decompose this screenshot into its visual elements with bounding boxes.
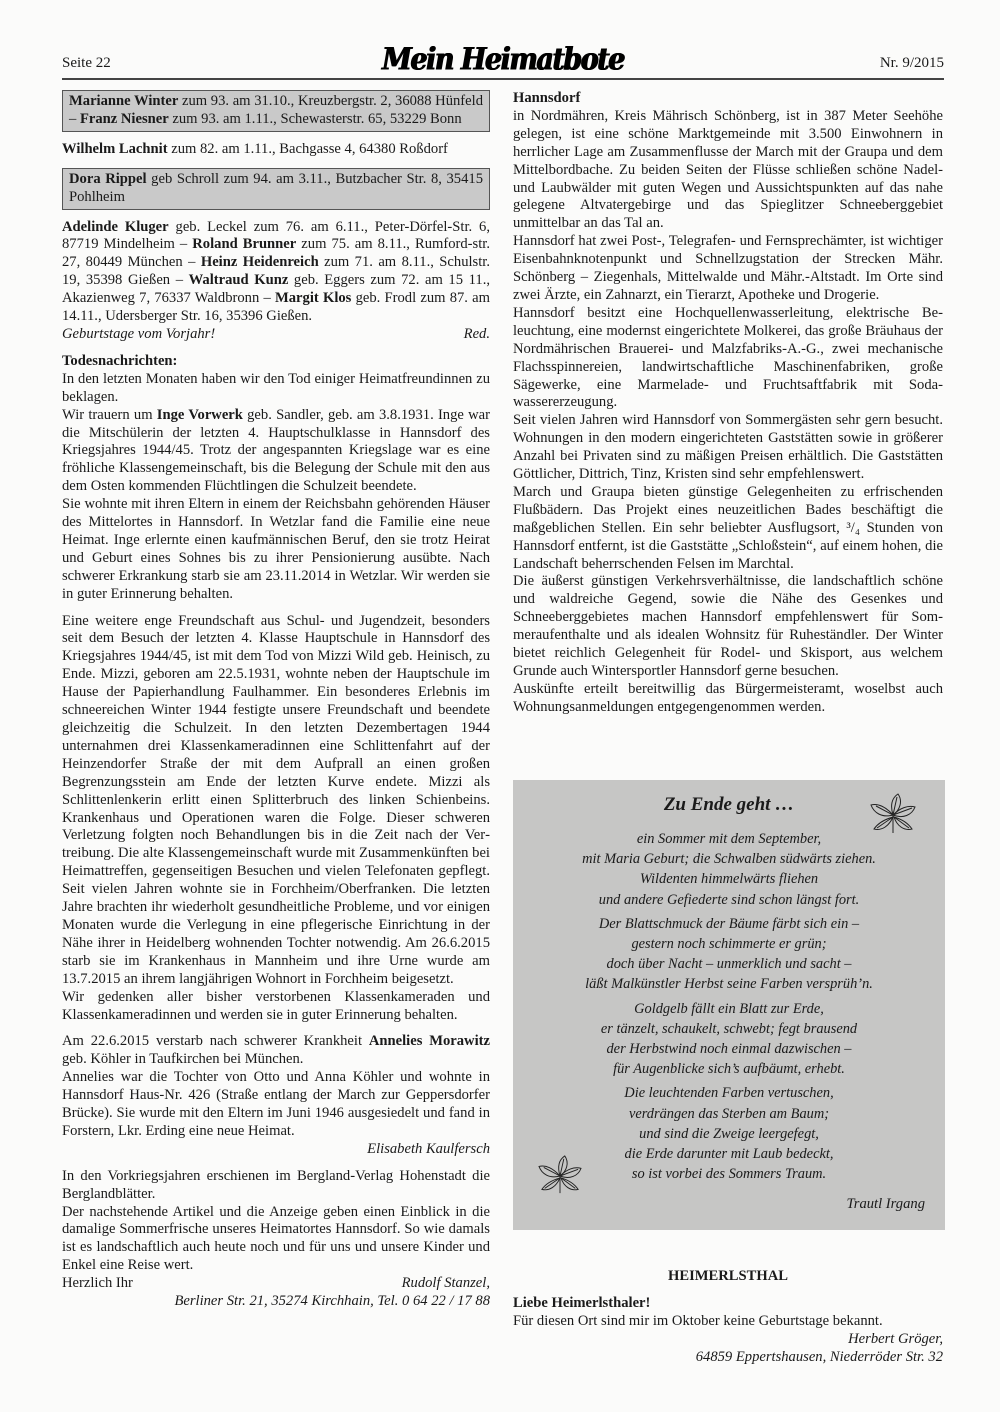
obituary-intro: In den letzten Monaten haben wir den Tod… <box>62 371 490 407</box>
poem-author: Trautl Irgang <box>846 1196 925 1213</box>
page-header: Seite 22 Mein Heimatbote Nr. 9/2015 <box>62 44 944 78</box>
right-column: Hannsdorf in Nordmähren, Kreis Mährisch … <box>513 90 943 717</box>
poem-body: ein Sommer mit dem September, mit Maria … <box>513 829 945 1188</box>
article-paragraph: Seit vielen Jahren wird Hannsdorf von So… <box>513 412 943 484</box>
article-paragraph: Hannsdorf hat zwei Post-, Telegrafen- un… <box>513 233 943 305</box>
bergland-text: Der nachstehende Artikel und die Anzeige… <box>62 1204 490 1276</box>
poem-stanza: Der Blattschmuck der Bäume färbt sich ei… <box>513 914 945 995</box>
page-number: Seite 22 <box>62 55 111 72</box>
article-paragraph: Auskünfte erteilt bereitwillig das Bürge… <box>513 681 943 717</box>
greeting: Liebe Heimerlsthaler! <box>513 1295 943 1313</box>
notice-text: Für diesen Ort sind mir im Oktober keine… <box>513 1313 943 1331</box>
editor-note: Geburtstage vom Vorjahr! Red. <box>62 326 490 344</box>
author-signature: Herbert Gröger, <box>513 1331 943 1349</box>
obituary-morawitz-cont: Annelies war die Tochter von Otto und An… <box>62 1069 490 1141</box>
person-name: Wilhelm Lachnit <box>62 141 168 157</box>
person-name: Marianne Winter <box>69 93 178 109</box>
heimerlsthal-section: HEIMERLSTHAL Liebe Heimerlsthaler! Für d… <box>513 1268 943 1367</box>
issue-number: Nr. 9/2015 <box>880 55 944 72</box>
article-paragraph: March und Graupa bieten günstige Gelegen… <box>513 484 943 574</box>
author-address: 64859 Eppertshausen, Niederröder Str. 32 <box>513 1349 943 1367</box>
section-heading: HEIMERLSTHAL <box>513 1268 943 1286</box>
birthday-list: Adelinde Kluger geb. Leckel zum 76. am 6… <box>62 219 490 326</box>
article-paragraph: Die äußerst günstigen Verkehrsverhältnis… <box>513 573 943 680</box>
obituary-vorwerk-cont: Sie wohnte mit ihren Eltern in einem der… <box>62 496 490 603</box>
header-divider <box>62 78 944 80</box>
author-signature: Rudolf Stanzel, <box>402 1275 490 1293</box>
bergland-intro: In den Vorkriegsjahren erschienen im Ber… <box>62 1168 490 1204</box>
left-column: Marianne Winter zum 93. am 31.10., Kreuz… <box>62 90 490 1311</box>
poem-title: Zu Ende geht … <box>513 794 945 816</box>
obituary-morawitz: Am 22.6.2015 verstarb nach schwerer Kran… <box>62 1033 490 1069</box>
poem-stanza: ein Sommer mit dem September, mit Maria … <box>513 829 945 910</box>
article-paragraph: in Nordmähren, Kreis Mährisch Schönberg,… <box>513 108 943 233</box>
obituary-vorwerk: Wir trauern um Inge Vorwerk geb. Sandler… <box>62 407 490 497</box>
birthday-box-winter-niesner: Marianne Winter zum 93. am 31.10., Kreuz… <box>62 90 490 132</box>
person-name: Franz Niesner <box>80 111 169 127</box>
author-address: Berliner Str. 21, 35274 Kirchhain, Tel. … <box>62 1293 490 1311</box>
closing-row: Herzlich Ihr Rudolf Stanzel, <box>62 1275 490 1293</box>
poem-stanza: Goldgelb fällt ein Blatt zur Erde, er tä… <box>513 999 945 1080</box>
section-heading: Todesnachrichten: <box>62 353 490 371</box>
author-signature: Elisabeth Kaulfersch <box>62 1141 490 1159</box>
masthead-logo: Mein Heimatbote <box>382 42 624 78</box>
birthday-entry-lachnit: Wilhelm Lachnit zum 82. am 1.11., Bachga… <box>62 141 490 159</box>
article-paragraph: Hannsdorf besitzt eine Hochquellenwasser… <box>513 305 943 412</box>
leaf-icon <box>535 1155 585 1197</box>
obituary-wild: Eine weitere enge Freundschaft aus Schul… <box>62 613 490 989</box>
article-heading: Hannsdorf <box>513 90 943 108</box>
birthday-box-rippel: Dora Rippel geb Schroll zum 94. am 3.11.… <box>62 168 490 210</box>
poem-box: Zu Ende geht … ein Sommer mit dem Septem… <box>513 780 945 1230</box>
obituary-memorial: Wir gedenken aller bisher verstorbenen K… <box>62 989 490 1025</box>
person-name: Dora Rippel <box>69 171 147 187</box>
